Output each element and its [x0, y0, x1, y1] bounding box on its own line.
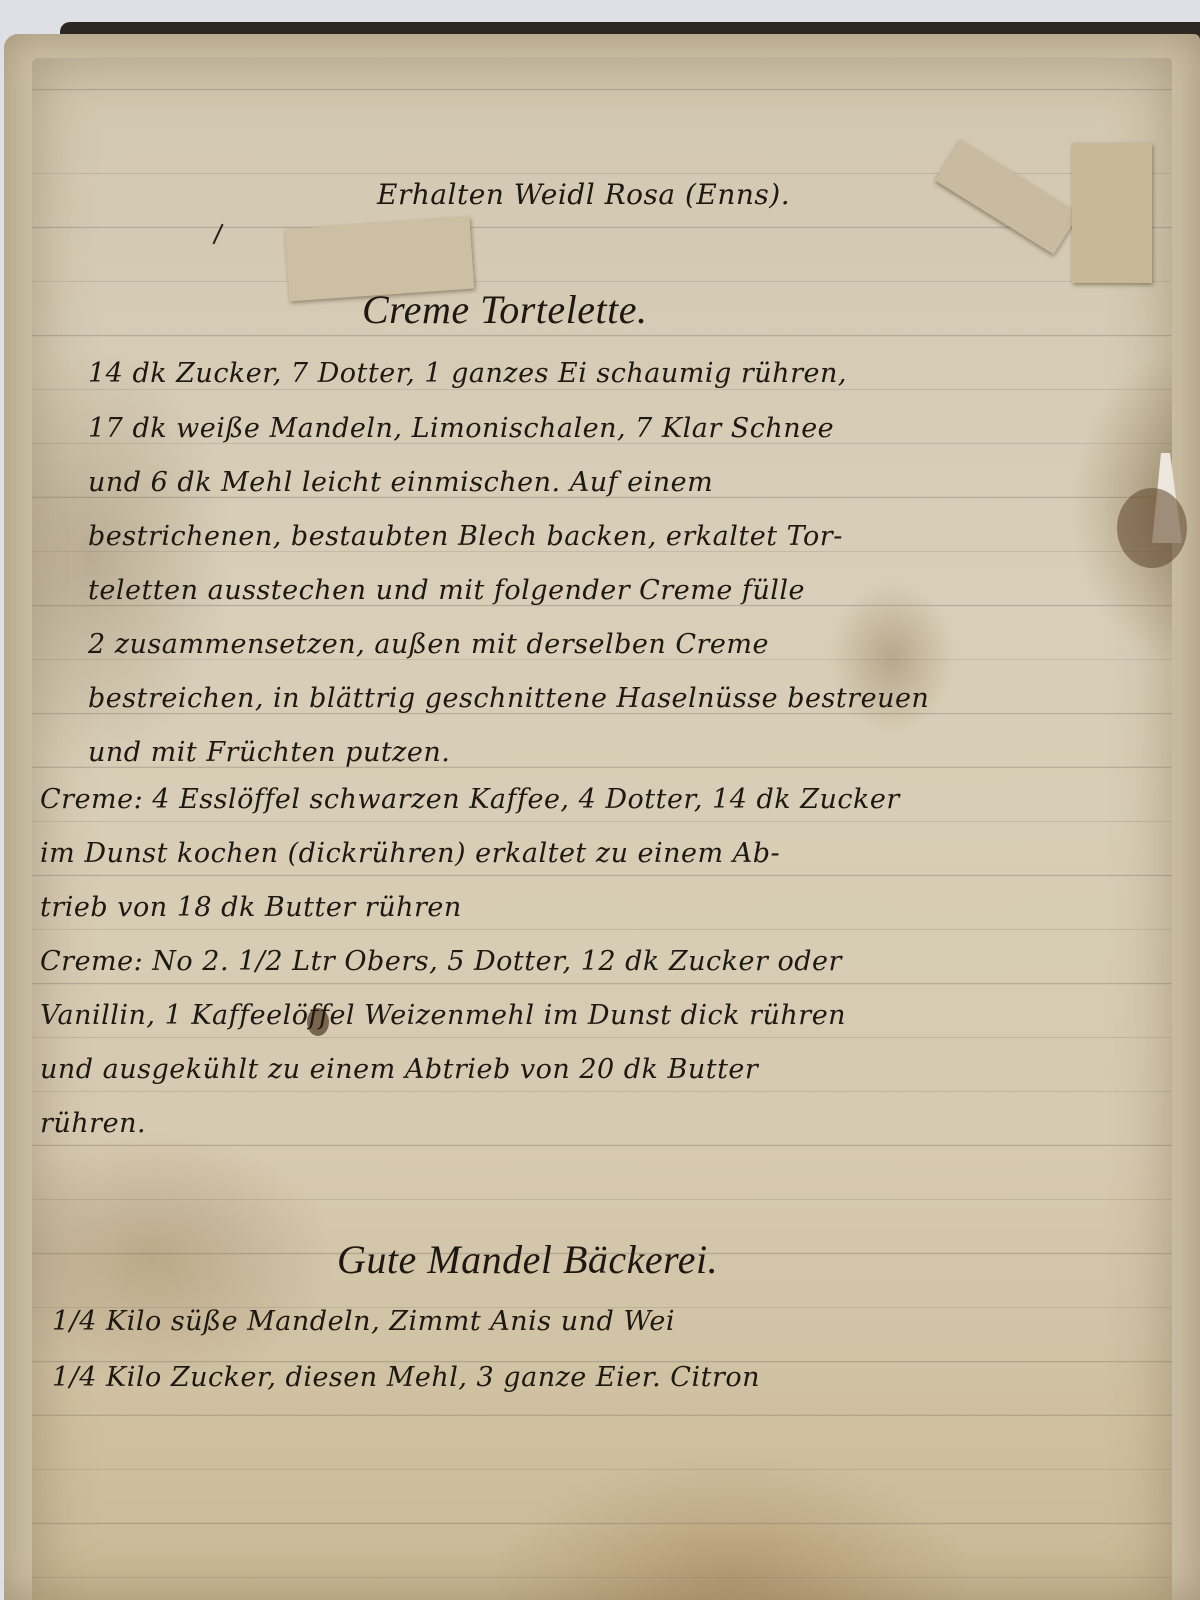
recipe-line: im Dunst kochen (dickrühren) erkaltet zu…: [40, 840, 780, 867]
recipe-line: bestreichen, in blättrig geschnittene Ha…: [88, 685, 929, 712]
recipe-line: und ausgekühlt zu einem Abtrieb von 20 d…: [40, 1056, 758, 1083]
recipe-line: rühren.: [40, 1110, 146, 1137]
recipe-title-creme-tortelette: Creme Tortelette.: [362, 286, 648, 333]
recipe-title-gute-mandel-baeckerei: Gute Mandel Bäckerei.: [337, 1236, 718, 1283]
recipe-line: 14 dk Zucker, 7 Dotter, 1 ganzes Ei scha…: [88, 360, 847, 387]
recipe-line: bestrichenen, bestaubten Blech backen, e…: [88, 523, 843, 550]
torn-paper-scrap: [1072, 143, 1152, 283]
recipe-line: 2 zusammensetzen, außen mit derselben Cr…: [88, 631, 769, 658]
water-stain: [1117, 488, 1187, 568]
recipe-line: und mit Früchten putzen.: [88, 739, 450, 766]
recipe-line: und 6 dk Mehl leicht einmischen. Auf ein…: [88, 469, 713, 496]
recipe-line: 1/4 Kilo Zucker, diesen Mehl, 3 ganze Ei…: [52, 1364, 760, 1391]
recipe-line: Vanillin, 1 Kaffeelöffel Weizenmehl im D…: [40, 1002, 846, 1029]
recipe-line: trieb von 18 dk Butter rühren: [40, 894, 462, 921]
attribution-line: Erhalten Weidl Rosa (Enns).: [377, 178, 790, 211]
recipe-line: 1/4 Kilo süße Mandeln, Zimmt Anis und We…: [52, 1308, 675, 1335]
notebook-page: Erhalten Weidl Rosa (Enns). Creme Tortel…: [32, 58, 1172, 1600]
recipe-line: Creme: No 2. 1/2 Ltr Obers, 5 Dotter, 12…: [40, 948, 842, 975]
recipe-line: Creme: 4 Esslöffel schwarzen Kaffee, 4 D…: [40, 786, 900, 813]
recipe-line: teletten ausstechen und mit folgender Cr…: [88, 577, 805, 604]
recipe-line: 17 dk weiße Mandeln, Limonischalen, 7 Kl…: [88, 415, 834, 442]
